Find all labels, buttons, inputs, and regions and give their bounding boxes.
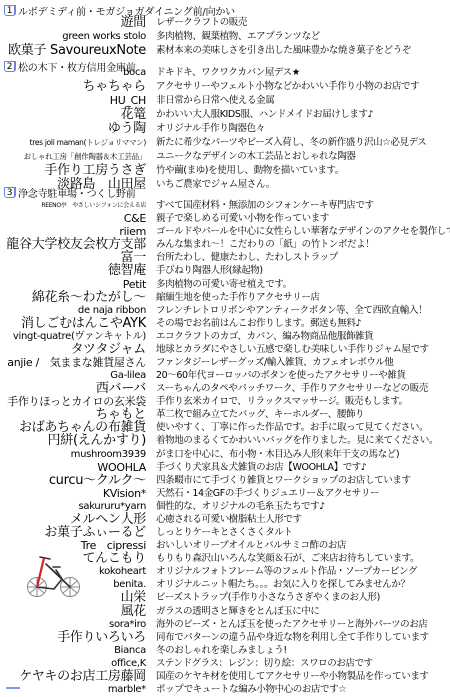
shop-name: ちゃちゃら xyxy=(82,80,146,94)
shop-description: 着物地のまるくてかわいいバッグを作りました。見に来てください。 xyxy=(156,434,438,448)
section-number-badge: 1 xyxy=(4,5,16,16)
shop-description: ユニークなデザインの木工芸品とおしゃれな陶器 xyxy=(156,150,356,164)
shop-description: ポップでキュートな編み小物中心のお店です☆ xyxy=(156,683,346,697)
shop-name: boca xyxy=(123,66,146,80)
shop-row: 龍谷大学校友会枚方支部みんな集まれ～！こだわりの「紙」の竹トンボだよ！ xyxy=(0,238,450,252)
shop-description: ビーズストラップ(手作り小さなうさぎやくまのお人形) xyxy=(156,591,380,605)
shop-description: ドキドキ、ワクワクカバン屋デス★ xyxy=(156,66,300,80)
section-1-header: 1 ルボデミディ前・モガジョガダイニング前/向かい xyxy=(4,3,235,17)
shop-row: bocaドキドキ、ワクワクカバン屋デス★ xyxy=(0,66,450,80)
shop-row: 淡路島 山田屋いちご農家でジャム屋さん。 xyxy=(0,178,450,192)
shop-name: Bianca xyxy=(114,644,146,658)
shop-name: お菓子ふぃーるど xyxy=(44,526,146,540)
shop-name: ケヤキのお店工房藤岡 xyxy=(19,670,146,684)
shop-row: Bianca冬のおしゃれを楽しみましょう! xyxy=(0,644,450,658)
shop-name: 西バーバ xyxy=(96,382,146,396)
shop-row: 手作り工房うさぎ竹や繭(まゆ)を使用し、動物を描いています。 xyxy=(0,164,450,178)
shop-description: しっとりケーキとさくさくタルト xyxy=(156,526,293,540)
shop-name: 風花 xyxy=(121,605,146,619)
shop-description: かわいい大人服KIDS服、ハンドメイドお届けします♪ xyxy=(156,108,373,122)
shop-description: 海外のビーズ・とんぼ玉を使ったアクセサリーと海外パーツのお店 xyxy=(156,618,427,632)
shop-row: REENO亭 やさしいシフォンに会える店すべて国産材料・無添加のシフォンケーキ専… xyxy=(0,199,450,213)
shop-description: もりもり森沢山いろんな笑顔＆石が、ご来店お待ちしています。 xyxy=(156,552,419,566)
shop-row: Tre cipressiおいしいオリーブオイルとバルサミコ酢のお店 xyxy=(0,539,450,553)
shop-name: kokoheart xyxy=(99,565,146,579)
shop-description: 同布でパターンの違う品や身近な物を利用し全て手作りしています xyxy=(156,631,429,645)
shop-row: ケヤキのお店工房藤岡国産のケヤキ材を使用してアクセサリーや小物製品を作っています xyxy=(0,670,450,684)
shop-description: 手作り玄米カイロで、リラックスマッサージ。販売もします。 xyxy=(156,395,408,409)
shop-description: 地球とカラダにやさしい五感で楽しむ美味しい手作りジャム屋です xyxy=(156,343,429,357)
shop-row: green works stolo多肉植物、観葉植物、エアプランツなど xyxy=(0,30,450,44)
shop-row: お菓子ふぃーるどしっとりケーキとさくさくタルト xyxy=(0,526,450,540)
shop-name: green works stolo xyxy=(62,30,146,44)
shop-row: 綿花糸～わたがし～縮緬生地を使った手作りアクセサリー店 xyxy=(0,291,450,305)
shop-description: 台所たわし、健康たわし、たわしストラップ xyxy=(156,251,338,265)
shop-name: 消しごむはんこやAYK xyxy=(21,317,146,331)
shop-name: mushroom3939 xyxy=(71,448,146,462)
shop-description: 多肉植物、観葉植物、エアプランツなど xyxy=(156,30,320,44)
shop-description: 手づくり犬家具＆犬雑貨のお店【WOOHLA】です♪ xyxy=(156,461,367,475)
shop-row: sakururu*yarn個性的な、オリジナルの毛糸玉たちです♪ xyxy=(0,500,450,514)
shop-row: mushroom3939がま口を中心に、布小物・木目込み人形(来年干支の馬など) xyxy=(0,448,450,462)
shop-description: 革二枚で組み立てたバッグ、キーホルダー、腰飾り xyxy=(156,408,364,422)
shop-row: HU_CH非日常から日常へ使える金属 xyxy=(0,94,450,108)
shop-name: marble* xyxy=(108,683,146,697)
shop-name: REENO亭 やさしいシフォンに会える店 xyxy=(41,199,146,213)
shop-row: tres joli maman(トレジョリママン)新たに希少なパーツやビーズ入荷… xyxy=(0,136,450,150)
shop-name: 遊間 xyxy=(121,16,146,30)
shop-description: スーちゃんのタペやパッチワーク、手作りアクセサリーなどの販売 xyxy=(156,382,428,396)
shop-description: オリジナルフォトフレーム等のフェルト作品・ソープカービング xyxy=(156,565,417,579)
shop-row: 遊間レザークラフトの販売 xyxy=(0,16,450,30)
shop-description: ファンタジーレザーグッズ/輸入雑貨、カフェオレボウル他 xyxy=(156,356,393,370)
shop-name: KVision* xyxy=(103,487,146,501)
shop-description: みんな集まれ～！こだわりの「紙」の竹トンボだよ！ xyxy=(156,238,374,252)
shop-description: 縮緬生地を使った手作りアクセサリー店 xyxy=(156,291,320,305)
shop-description: 国産のケヤキ材を使用してアクセサリーや小物製品を作っています xyxy=(156,670,429,684)
shop-description: フレンチレトロリボンやアンティークボタン等、全て西欧直輸入！ xyxy=(156,304,427,318)
decorative-underline xyxy=(6,687,20,689)
shop-description: レザークラフトの販売 xyxy=(156,16,247,30)
shop-description: 手びねり陶器人形(縁起物) xyxy=(156,264,263,278)
shop-row: 徳智庵手びねり陶器人形(縁起物) xyxy=(0,264,450,278)
shop-name: 円絣(えんかすり) xyxy=(48,434,146,448)
shop-row: 風花ガラスの透明さと輝きをとんぼ玉に中に xyxy=(0,605,450,619)
shop-description: オリジナルニット帽たち。。。お気に入りを探してみませんか？ xyxy=(156,578,410,592)
shop-description: 素材本来の美味しさを引き出した風味豊かな焼き菓子をどうぞ xyxy=(156,44,411,58)
shop-row: おしゃれ工房「創作陶器＆木工芸品」ユニークなデザインの木工芸品とおしゃれな陶器 xyxy=(0,150,450,164)
shop-row: タツタジャム地球とカラダにやさしい五感で楽しむ美味しい手作りジャム屋です xyxy=(0,343,450,357)
bicycle-icon xyxy=(26,553,82,599)
shop-row: 手作りほっとカイロの玄米袋手作り玄米カイロで、リラックスマッサージ。販売もします… xyxy=(0,395,450,409)
shop-description: がま口を中心に、布小物・木目込み人形(来年干支の馬など) xyxy=(156,448,399,462)
shop-row: 円絣(えんかすり)着物地のまるくてかわいいバッグを作りました。見に来てください。 xyxy=(0,434,450,448)
shop-description: 20～60年代ヨーロッパのボタンを使ったアクセサリーや雑貨 xyxy=(156,369,406,383)
shop-row: 花篭かわいい大人服KIDS服、ハンドメイドお届けします♪ xyxy=(0,108,450,122)
shop-name: HU_CH xyxy=(110,94,146,108)
shop-name: 花篭 xyxy=(121,108,146,122)
shop-name: C&E xyxy=(124,212,146,226)
shop-name: 徳智庵 xyxy=(108,264,146,278)
shop-description: 天然石・14金GFの手づくりジュエリー＆アクセサリー xyxy=(156,487,379,501)
shop-name: タツタジャム xyxy=(71,343,146,357)
shop-description: 個性的な、オリジナルの毛糸玉たちです♪ xyxy=(156,500,325,514)
shop-name: anjie / 気ままな雑貨屋さん xyxy=(7,356,146,370)
shop-description: その場でお名前はんこお作りします。郵送も無料♪ xyxy=(156,317,361,331)
shop-description: 心癒される可愛い樹脂粘土人形です xyxy=(156,513,302,527)
shop-name: curcu～クルク～ xyxy=(49,474,146,488)
shop-description: 使いやすく、丁寧に作った作品です。お手に取って見てください。 xyxy=(156,421,428,435)
shop-row: anjie / 気ままな雑貨屋さんファンタジーレザーグッズ/輸入雑貨、カフェオレ… xyxy=(0,356,450,370)
shop-row: curcu～クルク～四条畷市にて手づくり雑貨とワークショップのお店しています xyxy=(0,474,450,488)
shop-description: エコクラフトのカゴ、カバン、編み物商品他服飾雑貨 xyxy=(156,330,373,344)
shop-row: 手作りいろいろ同布でパターンの違う品や身近な物を利用し全て手作りしています xyxy=(0,631,450,645)
shop-description: 多肉植物の可愛い寄せ植えです。 xyxy=(156,278,292,292)
shop-name: 手作り工房うさぎ xyxy=(44,164,146,178)
shop-row: ちゃちゃらアクセサリーやフェルト小物などかわいい手作り小物のお店です xyxy=(0,80,450,94)
shop-row: 欧菓子 SavoureuxNote素材本来の美味しさを引き出した風味豊かな焼き菓… xyxy=(0,44,450,58)
shop-description: ゴールドやパールを中心に女性らしい華奢なデザインのアクセを製作しています xyxy=(156,225,450,239)
shop-description: すべて国産材料・無添加のシフォンケーキ専門店です xyxy=(156,199,374,213)
shop-description: ガラスの透明さと輝きをとんぼ玉に中に xyxy=(156,605,320,619)
shop-description: ステンドグラス：レジン：切り絵：スワロのお店です xyxy=(156,657,373,671)
shop-description: 親子で楽しめる可愛い小物を作っています xyxy=(156,212,329,226)
shop-row: 消しごむはんこやAYKその場でお名前はんこお作りします。郵送も無料♪ xyxy=(0,317,450,331)
shop-description: 冬のおしゃれを楽しみましょう! xyxy=(156,644,287,658)
shop-description: 新たに希少なパーツやビーズ入荷し、冬の新作盛り沢山☆必見デス xyxy=(156,136,426,150)
shop-row: marble*ポップでキュートな編み小物中心のお店です☆ xyxy=(0,683,450,697)
shop-name: おしゃれ工房「創作陶器＆木工芸品」 xyxy=(24,150,146,164)
shop-description: いちご農家でジャム屋さん。 xyxy=(156,178,275,192)
shop-description: 四条畷市にて手づくり雑貨とワークショップのお店しています xyxy=(156,474,411,488)
shop-row: ゆう陶オリジナル手作り陶器色々 xyxy=(0,122,450,136)
shop-row: 西バーバスーちゃんのタペやパッチワーク、手作りアクセサリーなどの販売 xyxy=(0,382,450,396)
shop-name: てんこもり xyxy=(82,552,146,566)
shop-name: ゆう陶 xyxy=(108,122,146,136)
shop-description: おいしいオリーブオイルとバルサミコ酢のお店 xyxy=(156,539,346,553)
shop-row: 富一台所たわし、健康たわし、たわしストラップ xyxy=(0,251,450,265)
shop-name: tres joli maman(トレジョリママン) xyxy=(30,136,146,150)
shop-name: 手作りいろいろ xyxy=(57,631,146,645)
shop-description: 竹や繭(まゆ)を使用し、動物を描いています。 xyxy=(156,164,344,178)
shop-row: Ga-lilea20～60年代ヨーロッパのボタンを使ったアクセサリーや雑貨 xyxy=(0,369,450,383)
shop-row: KVision*天然石・14金GFの手づくりジュエリー＆アクセサリー xyxy=(0,487,450,501)
shop-name: 綿花糸～わたがし～ xyxy=(32,291,146,305)
shop-name: 欧菓子 SavoureuxNote xyxy=(8,44,146,58)
shop-row: C&E親子で楽しめる可愛い小物を作っています xyxy=(0,212,450,226)
shop-description: オリジナル手作り陶器色々 xyxy=(156,122,265,136)
shop-description: 非日常から日常へ使える金属 xyxy=(156,94,274,108)
shop-description: アクセサリーやフェルト小物などかわいい手作り小物のお店です xyxy=(156,80,419,94)
shop-row: vingt-quatre(ヴァンキャトル)エコクラフトのカゴ、カバン、編み物商品… xyxy=(0,330,450,344)
shop-name: 淡路島 山田屋 xyxy=(57,178,146,192)
